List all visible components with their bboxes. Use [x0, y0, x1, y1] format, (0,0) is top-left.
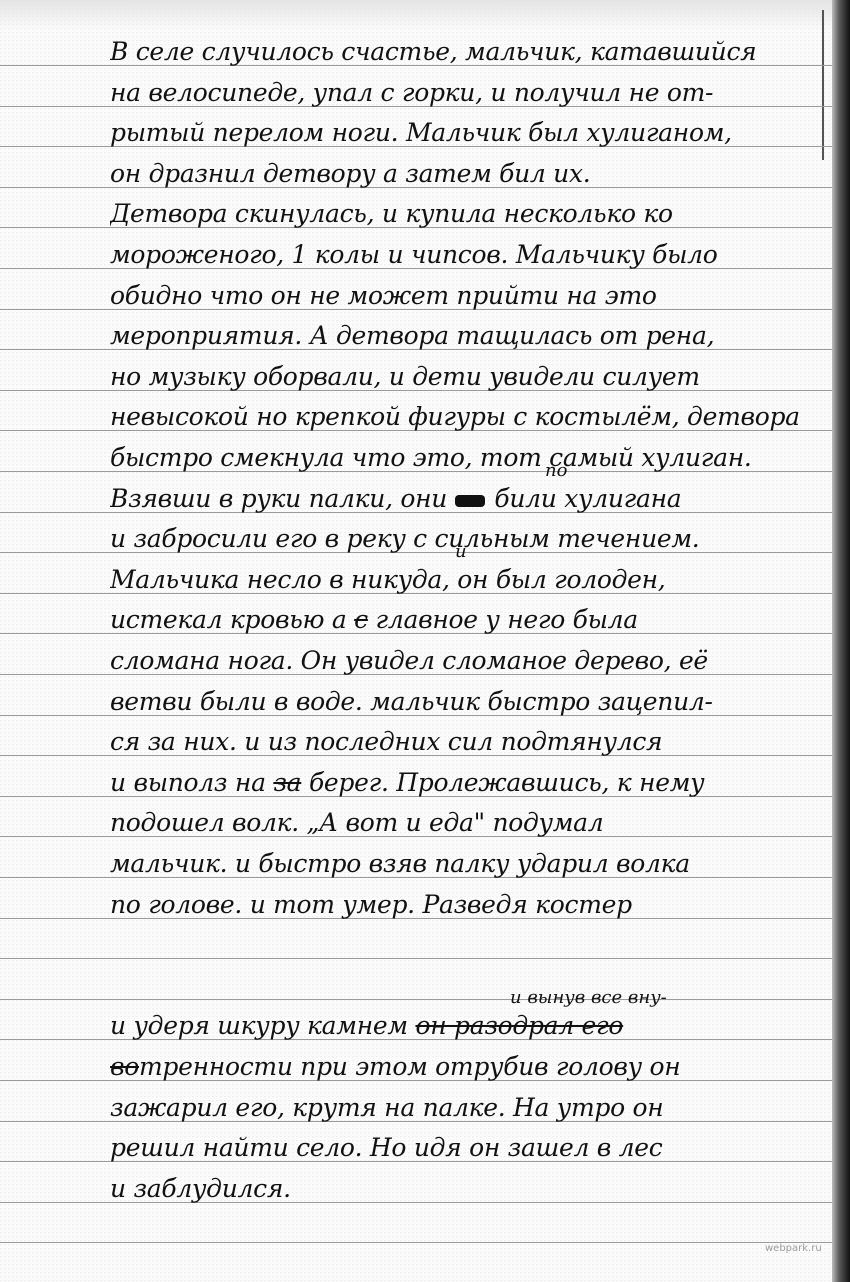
struck-text: во — [110, 1052, 139, 1081]
line-text: В селе случилось счастье, мальчик, катав… — [110, 37, 756, 66]
line-text-continued: били хулигана — [494, 484, 681, 513]
handwritten-line: зажарил его, крутя на палке. На утро он — [110, 1088, 825, 1128]
line-text: быстро смекнула что это, тот самый хулиг… — [110, 443, 752, 472]
handwritten-line — [110, 966, 825, 1006]
handwritten-line: он дразнил детвору а затем бил их. — [110, 154, 825, 194]
line-text: Мальчика несло в никуда, он был голоден, — [110, 565, 665, 594]
inserted-correction: по — [545, 460, 567, 481]
handwritten-line: по голове. и тот умер. Разведя костер — [110, 885, 825, 925]
handwritten-line: мальчик. и быстро взяв палку ударил волк… — [110, 844, 825, 884]
line-text: по голове. и тот умер. Разведя костер — [110, 890, 632, 919]
handwritten-line: быстро смекнула что это, тот самый хулиг… — [110, 438, 825, 478]
line-text: мороженого, 1 колы и чипсов. Мальчику бы… — [110, 240, 718, 269]
line-text: Детвора скинулась, и купила несколько ко — [110, 199, 673, 228]
handwritten-line: и удеря шкуру камнем он разодрал его — [110, 1006, 825, 1046]
handwritten-line: сломана нога. Он увидел сломаное дерево,… — [110, 641, 825, 681]
line-text: и удеря шкуру камнем — [110, 1011, 408, 1040]
handwritten-line: вотренности при этом отрубив голову он — [110, 1047, 825, 1087]
handwritten-line: Мальчика несло в никуда, он был голоден, — [110, 560, 825, 600]
scan-shadow — [0, 0, 832, 30]
struck-text: он разодрал его — [415, 1011, 623, 1040]
handwritten-line: но музыку оборвали, и дети увидели силуе… — [110, 357, 825, 397]
handwritten-line: В селе случилось счастье, мальчик, катав… — [110, 32, 825, 72]
line-text: и забросили его в реку с сильным течение… — [110, 524, 699, 553]
handwritten-line: ветви были в воде. мальчик быстро зацепи… — [110, 682, 825, 722]
line-text: зажарил его, крутя на палке. На утро он — [110, 1093, 663, 1122]
ink-blot — [455, 495, 485, 507]
line-text: и выполз на — [110, 768, 266, 797]
handwritten-line: мероприятия. А детвора тащилась от рена, — [110, 316, 825, 356]
line-text-continued: берег. Пролежавшись, к нему — [309, 768, 704, 797]
handwritten-line: невысокой но крепкой фигуры с костылём, … — [110, 397, 825, 437]
line-text: тренности — [139, 1052, 293, 1081]
notebook-page: В селе случилось счастье, мальчик, катав… — [0, 0, 832, 1282]
line-text: на велосипеде, упал с горки, и получил н… — [110, 78, 713, 107]
handwritten-line: и забросили его в реку с сильным течение… — [110, 519, 825, 559]
handwritten-line: подошел волк. „А вот и еда" подумал — [110, 803, 825, 843]
handwritten-line: решил найти село. Но идя он зашел в лес — [110, 1128, 825, 1168]
line-text: обидно что он не может прийти на это — [110, 281, 657, 310]
handwritten-line: и выполз на за берег. Пролежавшись, к не… — [110, 763, 825, 803]
handwritten-line: рытый перелом ноги. Мальчик был хулигано… — [110, 113, 825, 153]
watermark: webpark.ru — [765, 1243, 822, 1254]
line-text: и заблудился. — [110, 1174, 291, 1203]
line-text-continued: при этом отрубив голову он — [300, 1052, 680, 1081]
line-text-continued: главное у него была — [376, 605, 638, 634]
line-text: решил найти село. Но идя он зашел в лес — [110, 1133, 662, 1162]
struck-text: с — [354, 605, 368, 634]
line-text: подошел волк. „А вот и еда" подумал — [110, 808, 603, 837]
line-text: мальчик. и быстро взяв палку ударил волк… — [110, 849, 690, 878]
line-text: ся за них. и из последних сил подтянулся — [110, 727, 662, 756]
line-text: невысокой но крепкой фигуры с костылём, … — [110, 402, 800, 431]
line-text: истекал кровью а — [110, 605, 347, 634]
line-text: ветви были в воде. мальчик быстро зацепи… — [110, 687, 713, 716]
handwritten-line: Детвора скинулась, и купила несколько ко — [110, 194, 825, 234]
handwritten-line: на велосипеде, упал с горки, и получил н… — [110, 73, 825, 113]
ruled-line — [0, 1242, 832, 1243]
inserted-correction: и — [455, 541, 467, 562]
handwritten-line: мороженого, 1 колы и чипсов. Мальчику бы… — [110, 235, 825, 275]
notebook-spine — [832, 0, 850, 1282]
inserted-correction: и вынув все вну- — [510, 987, 667, 1008]
line-text: мероприятия. А детвора тащилась от рена, — [110, 321, 714, 350]
handwritten-line: и заблудился. — [110, 1169, 825, 1209]
handwritten-line: Взявши в руки палки, они били хулигана — [110, 479, 825, 519]
struck-text: за — [273, 768, 301, 797]
line-text: но музыку оборвали, и дети увидели силуе… — [110, 362, 700, 391]
handwritten-line: истекал кровью а с главное у него была — [110, 600, 825, 640]
handwritten-line — [110, 925, 825, 965]
line-text: он дразнил детвору а затем бил их. — [110, 159, 590, 188]
handwritten-line: обидно что он не может прийти на это — [110, 276, 825, 316]
line-text: Взявши в руки палки, они — [110, 484, 447, 513]
handwritten-line: ся за них. и из последних сил подтянулся — [110, 722, 825, 762]
line-text: рытый перелом ноги. Мальчик был хулигано… — [110, 118, 732, 147]
line-text: сломана нога. Он увидел сломаное дерево,… — [110, 646, 708, 675]
